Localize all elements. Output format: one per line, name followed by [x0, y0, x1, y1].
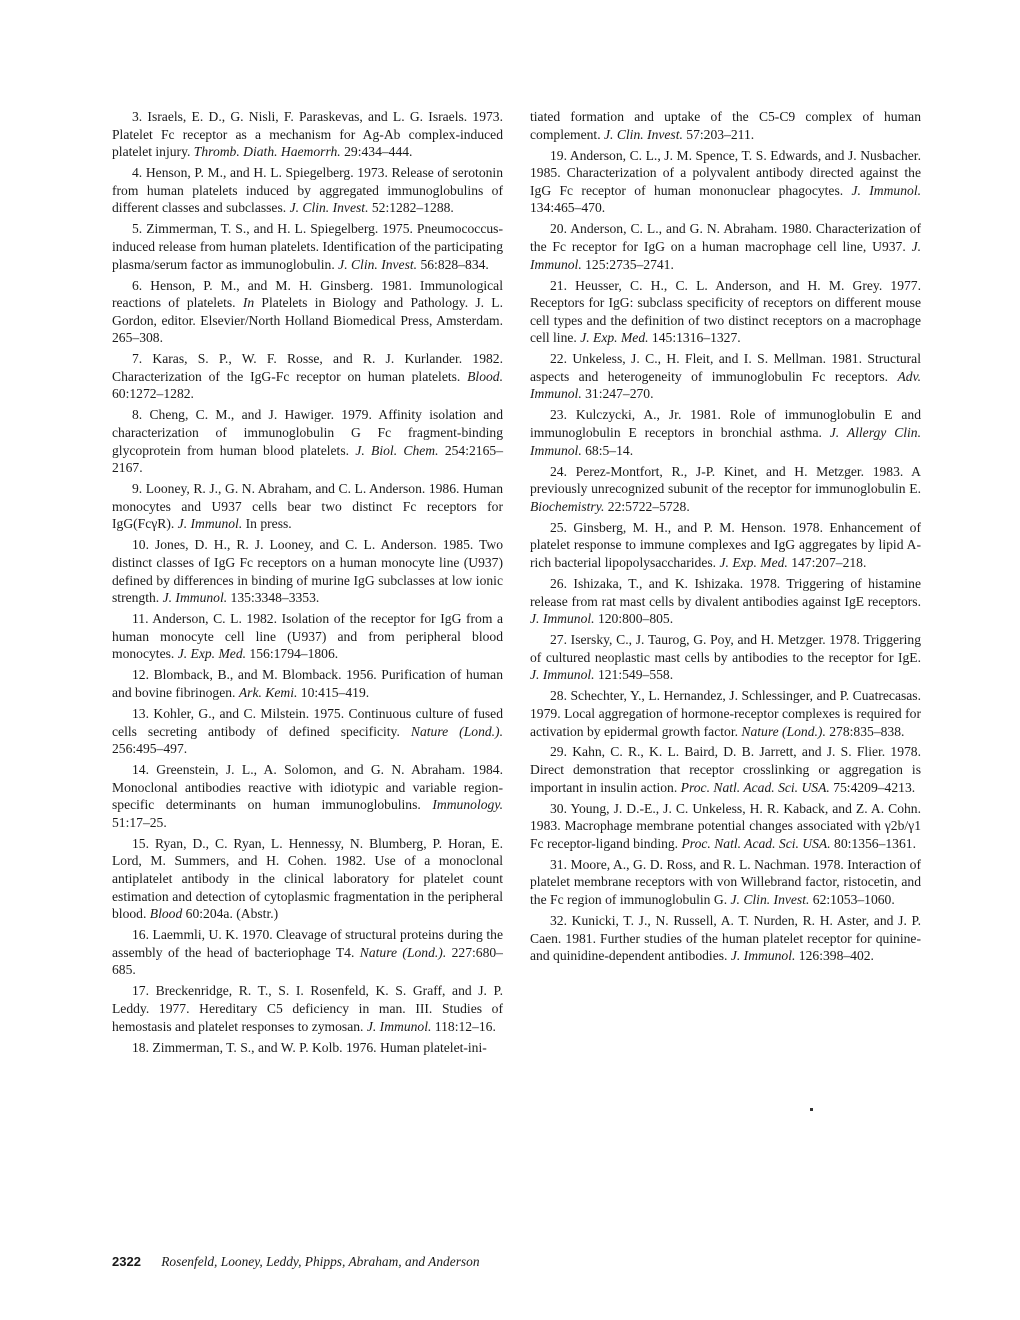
journal-title: Proc. Natl. Acad. Sci. USA.: [681, 836, 830, 851]
journal-title: J. Exp. Med.: [178, 646, 246, 661]
reference-14: 14. Greenstein, J. L., A. Solomon, and G…: [112, 761, 503, 831]
journal-title: J. Immunol.: [178, 516, 243, 531]
page-footer: 2322 Rosenfeld, Looney, Leddy, Phipps, A…: [112, 1254, 480, 1270]
reference-30: 30. Young, J. D.-E., J. C. Unkeless, H. …: [530, 800, 921, 853]
reference-3: 3. Israels, E. D., G. Nisli, F. Paraskev…: [112, 108, 503, 161]
journal-title: J. Immunol.: [163, 590, 228, 605]
reference-31: 31. Moore, A., G. D. Ross, and R. L. Nac…: [530, 856, 921, 909]
reference-32: 32. Kunicki, T. J., N. Russell, A. T. Nu…: [530, 912, 921, 965]
journal-title: J. Exp. Med.: [580, 330, 648, 345]
reference-23: 23. Kulczycki, A., Jr. 1981. Role of imm…: [530, 406, 921, 459]
reference-24: 24. Perez-Montfort, R., J-P. Kinet, and …: [530, 463, 921, 516]
journal-title: In: [243, 295, 254, 310]
journal-title: J. Clin. Invest.: [604, 127, 683, 142]
page-number: 2322: [112, 1254, 158, 1269]
journal-title: Blood: [150, 906, 182, 921]
journal-title: J. Biol. Chem.: [355, 443, 438, 458]
journal-title: J. Immunol.: [367, 1019, 432, 1034]
reference-15: 15. Ryan, D., C. Ryan, L. Hennessy, N. B…: [112, 835, 503, 923]
reference-25: 25. Ginsberg, M. H., and P. M. Henson. 1…: [530, 519, 921, 572]
journal-title: Nature (Lond.).: [411, 724, 503, 739]
reference-10: 10. Jones, D. H., R. J. Looney, and C. L…: [112, 536, 503, 606]
reference-11: 11. Anderson, C. L. 1982. Isolation of t…: [112, 610, 503, 663]
journal-title: J. Immunol.: [530, 667, 595, 682]
reference-20: 20. Anderson, C. L., and G. N. Abraham. …: [530, 220, 921, 273]
journal-title: J. Immunol.: [731, 948, 796, 963]
reference-18: 18. Zimmerman, T. S., and W. P. Kolb. 19…: [112, 1039, 503, 1057]
journal-title: J. Immunol.: [530, 611, 595, 626]
references-left-column: 3. Israels, E. D., G. Nisli, F. Paraskev…: [112, 108, 503, 1060]
reference-6: 6. Henson, P. M., and M. H. Ginsberg. 19…: [112, 277, 503, 347]
reference-27: 27. Isersky, C., J. Taurog, G. Poy, and …: [530, 631, 921, 684]
reference-13: 13. Kohler, G., and C. Milstein. 1975. C…: [112, 705, 503, 758]
reference-4: 4. Henson, P. M., and H. L. Spiegelberg.…: [112, 164, 503, 217]
references-right-column: tiated formation and uptake of the C5-C9…: [530, 108, 921, 968]
journal-title: J. Clin. Invest.: [731, 892, 810, 907]
journal-title: J. Immunol.: [852, 183, 922, 198]
journal-title: Proc. Natl. Acad. Sci. USA.: [681, 780, 830, 795]
reference-17: 17. Breckenridge, R. T., S. I. Rosenfeld…: [112, 982, 503, 1035]
journal-title: Thromb. Diath. Haemorrh.: [194, 144, 341, 159]
scan-artifact: [810, 1108, 813, 1111]
reference-9: 9. Looney, R. J., G. N. Abraham, and C. …: [112, 480, 503, 533]
reference-29: 29. Kahn, C. R., K. L. Baird, D. B. Jarr…: [530, 743, 921, 796]
journal-title: J. Exp. Med.: [719, 555, 787, 570]
reference-28: 28. Schechter, Y., L. Hernandez, J. Schl…: [530, 687, 921, 740]
journal-title: Immunology.: [432, 797, 503, 812]
reference-22: 22. Unkeless, J. C., H. Fleit, and I. S.…: [530, 350, 921, 403]
journal-title: Blood.: [467, 369, 503, 384]
journal-title: J. Clin. Invest.: [290, 200, 369, 215]
journal-title: Nature (Lond.).: [741, 724, 825, 739]
reference-18-continuation: tiated formation and uptake of the C5-C9…: [530, 108, 921, 143]
journal-title: Ark. Kemi.: [239, 685, 298, 700]
reference-19: 19. Anderson, C. L., J. M. Spence, T. S.…: [530, 147, 921, 217]
journal-title: Biochemistry.: [530, 499, 604, 514]
reference-26: 26. Ishizaka, T., and K. Ishizaka. 1978.…: [530, 575, 921, 628]
running-head-authors: Rosenfeld, Looney, Leddy, Phipps, Abraha…: [161, 1254, 479, 1269]
journal-title: J. Clin. Invest.: [338, 257, 417, 272]
reference-16: 16. Laemmli, U. K. 1970. Cleavage of str…: [112, 926, 503, 979]
reference-12: 12. Blomback, B., and M. Blomback. 1956.…: [112, 666, 503, 701]
journal-title: Nature (Lond.).: [360, 945, 446, 960]
reference-8: 8. Cheng, C. M., and J. Hawiger. 1979. A…: [112, 406, 503, 476]
reference-7: 7. Karas, S. P., W. F. Rosse, and R. J. …: [112, 350, 503, 403]
reference-21: 21. Heusser, C. H., C. L. Anderson, and …: [530, 277, 921, 347]
reference-5: 5. Zimmerman, T. S., and H. L. Spiegelbe…: [112, 220, 503, 273]
